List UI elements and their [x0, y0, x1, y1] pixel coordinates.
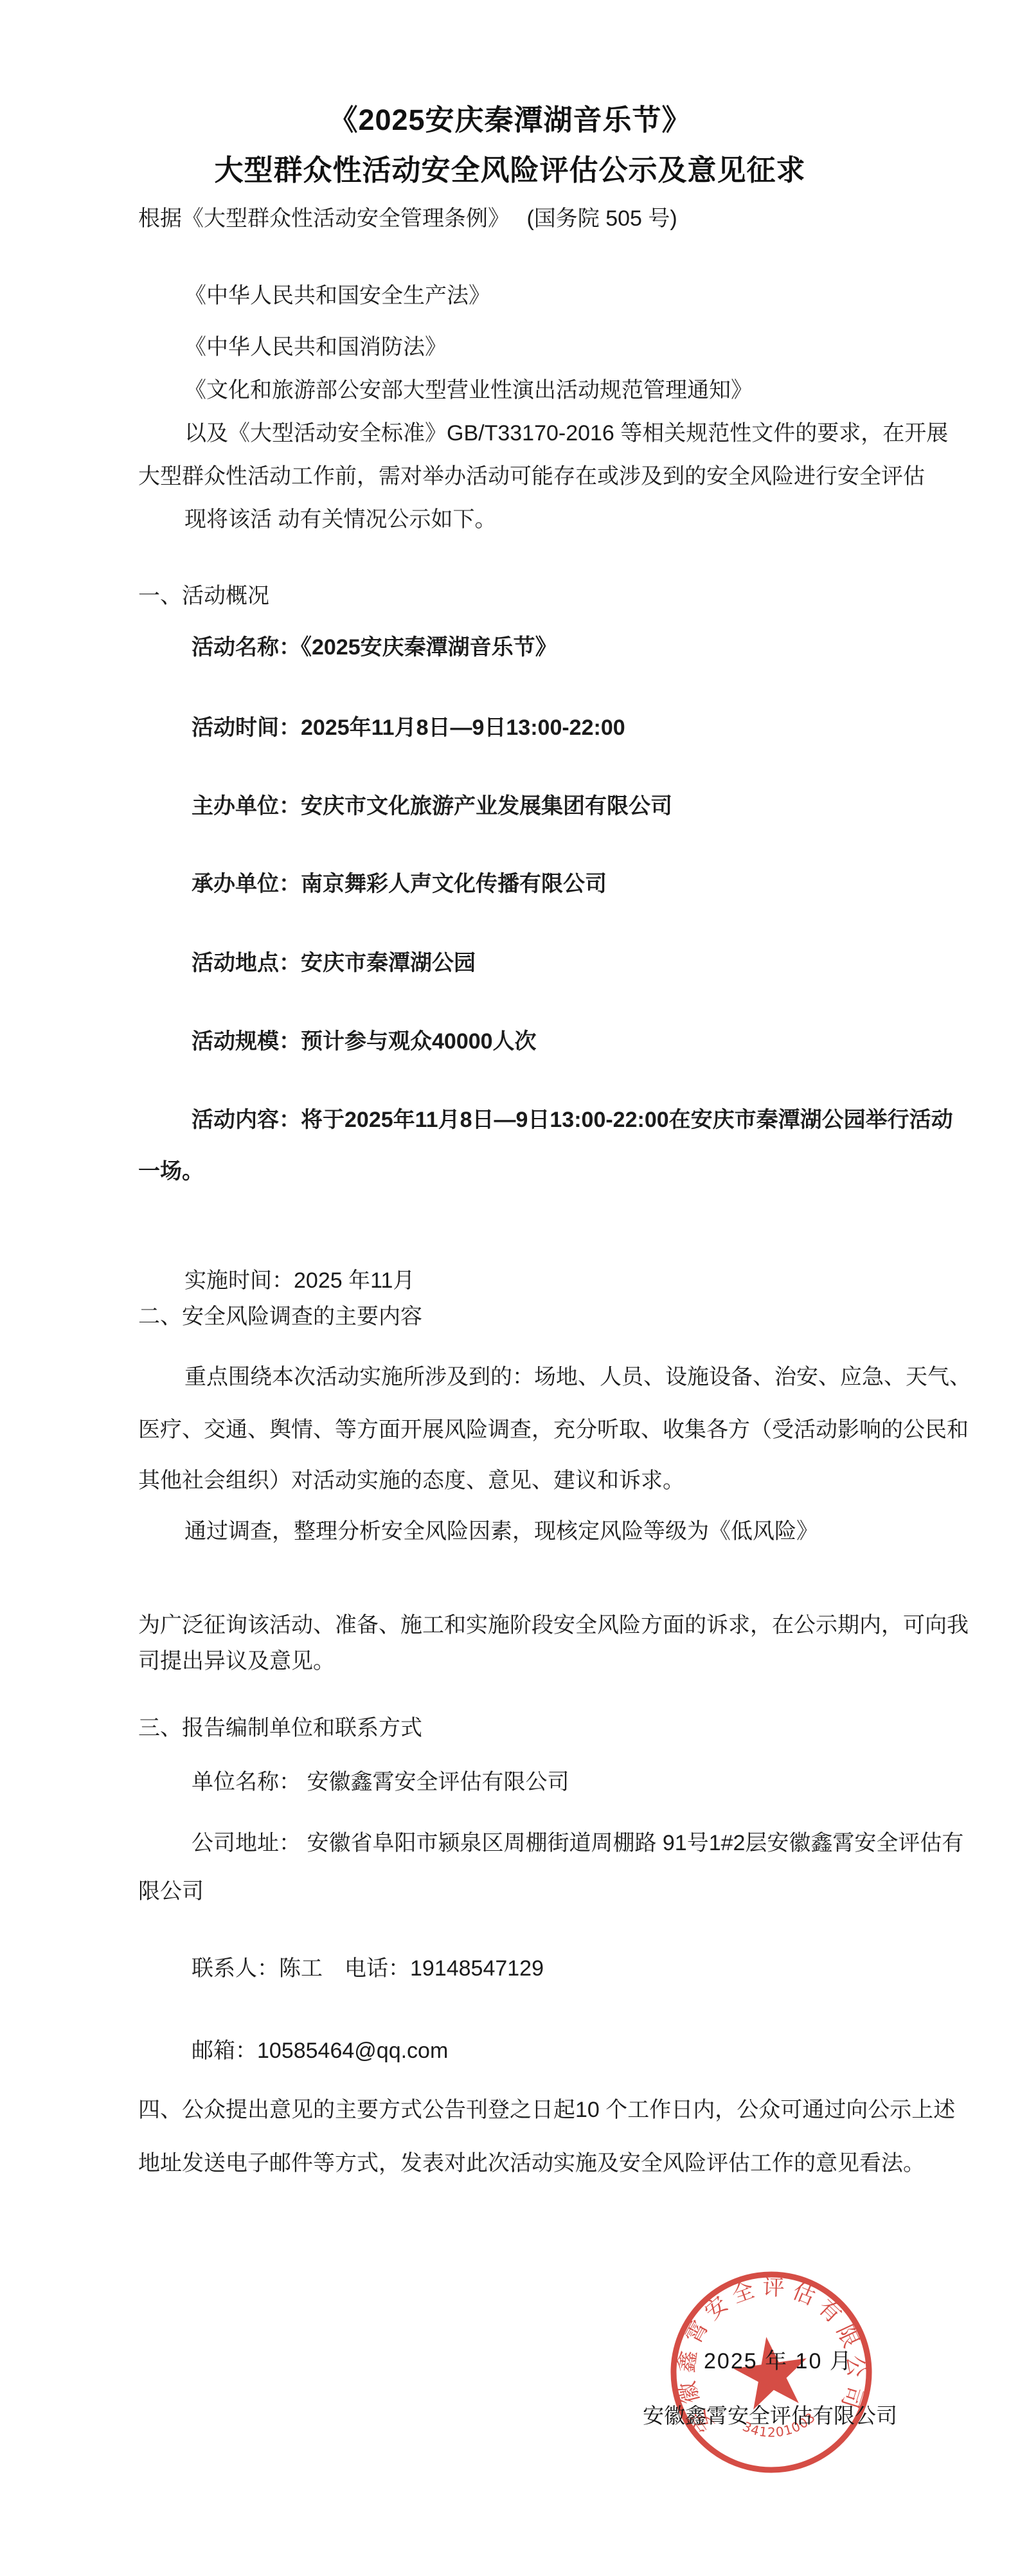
- report-company-signature: 安徽鑫霄安全评估有限公司: [643, 2399, 897, 2429]
- document-page: 《2025安庆秦潭湖音乐节》 大型群众性活动安全风险评估公示及意见征求 根据《大…: [0, 0, 1020, 2576]
- implementation-time-line: 实施时间：2025 年11月: [184, 1266, 415, 1295]
- company-address-line: 公司地址： 安徽省阜阳市颍泉区周棚街道周棚路 91号1#2层安徽鑫霄安全评估有: [192, 1829, 963, 1857]
- section-2-heading: 二、安全风险调查的主要内容: [138, 1302, 422, 1331]
- report-date: 2025 年 10 月: [704, 2343, 853, 2375]
- doc-line: 《文化和旅游部公安部大型营业性演出活动规范管理通知》: [184, 376, 753, 404]
- event-content-cont: 一场。: [138, 1157, 204, 1185]
- doc-line: 根据《大型群众性活动安全管理条例》 (国务院 505 号): [138, 204, 677, 233]
- event-name-line: 活动名称：《2025安庆秦潭湖音乐节》: [192, 633, 557, 662]
- doc-line: 重点围绕本次活动实施所涉及到的：场地、人员、设施设备、治安、应急、天气、: [184, 1363, 971, 1391]
- doc-title-line2: 大型群众性活动安全风险评估公示及意见征求: [0, 147, 1020, 188]
- section-3-heading: 三、报告编制单位和联系方式: [138, 1714, 422, 1742]
- event-content-line: 活动内容：将于2025年11月8日—9日13:00-22:00在安庆市秦潭湖公园…: [192, 1106, 953, 1134]
- doc-line: 《中华人民共和国消防法》: [184, 333, 447, 361]
- doc-line: 其他社会组织）对活动实施的态度、意见、建议和诉求。: [138, 1466, 684, 1495]
- doc-line: 医疗、交通、舆情、等方面开展风险调查，充分听取、收集各方（受活动影响的公民和: [138, 1416, 969, 1444]
- doc-line: 为广泛征询该活动、准备、施工和实施阶段安全风险方面的诉求，在公示期内，可向我: [138, 1611, 969, 1639]
- doc-line: 以及《大型活动安全标准》GB/T33170-2016 等相关规范性文件的要求，在…: [184, 419, 948, 447]
- risk-level-line: 通过调查，整理分析安全风险因素，现核定风险等级为《低风险》: [184, 1517, 818, 1545]
- doc-line: 大型群众性活动工作前，需对举办活动可能存在或涉及到的安全风险进行安全评估: [138, 462, 925, 491]
- doc-line: 《中华人民共和国安全生产法》: [184, 282, 490, 310]
- company-name-line: 单位名称： 安徽鑫霄安全评估有限公司: [192, 1768, 569, 1796]
- doc-title-line1: 《2025安庆秦潭湖音乐节》: [0, 96, 1020, 138]
- section-4-heading: 四、公众提出意见的主要方式公告刊登之日起10 个工作日内，公众可通过向公示上述: [138, 2096, 955, 2124]
- doc-line: 司提出异议及意见。: [138, 1647, 335, 1675]
- company-address-cont: 限公司: [138, 1877, 204, 1905]
- undertaker-line: 承办单位：南京舞彩人声文化传播有限公司: [192, 870, 607, 898]
- organizer-line: 主办单位：安庆市文化旅游产业发展集团有限公司: [192, 792, 672, 820]
- contact-person-line: 联系人：陈工 电话：19148547129: [192, 1954, 544, 1983]
- event-time-line: 活动时间：2025年11月8日—9日13:00-22:00: [192, 714, 625, 742]
- event-scale-line: 活动规模：预计参与观众40000人次: [192, 1027, 537, 1056]
- doc-line: 地址发送电子邮件等方式，发表对此次活动实施及安全风险评估工作的意见看法。: [138, 2149, 925, 2177]
- event-location-line: 活动地点：安庆市秦潭湖公园: [192, 949, 476, 977]
- doc-line: 现将该活 动有关情况公示如下。: [184, 505, 496, 534]
- contact-email-line: 邮箱：10585464@qq.com: [192, 2037, 448, 2065]
- section-1-heading: 一、活动概况: [138, 582, 269, 610]
